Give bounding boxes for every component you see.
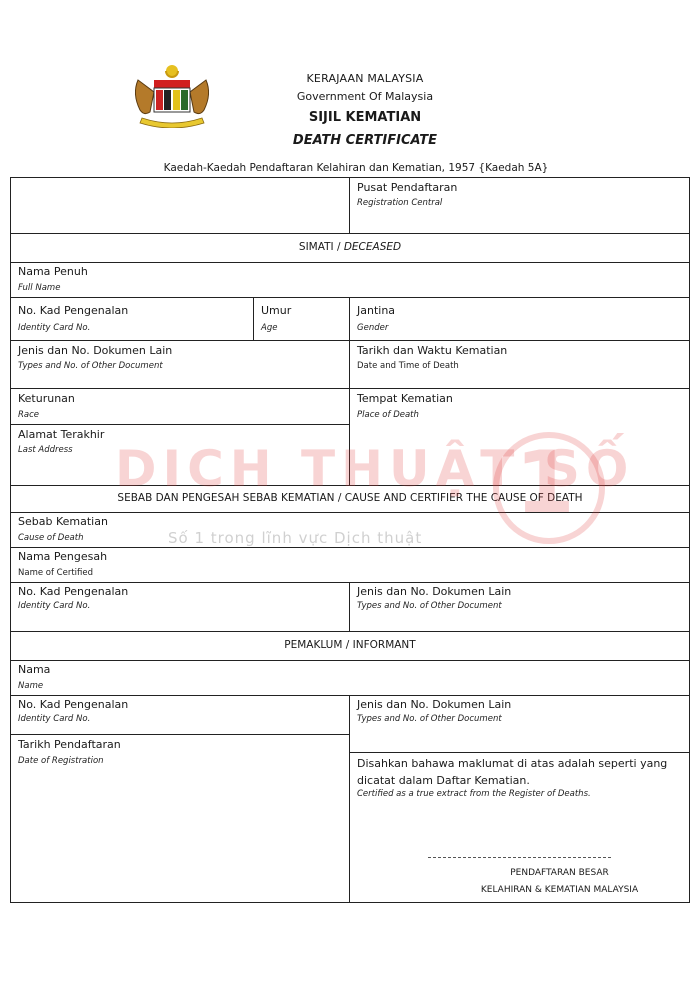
date-time-of-death-field[interactable]: Tarikh dan Waktu Kematian Date and Time … [349, 340, 690, 389]
certifier-other-doc-label: Jenis dan No. Dokumen Lain [357, 585, 511, 598]
informant-ic-field[interactable]: No. Kad Pengenalan Identity Card No. [10, 695, 350, 735]
gender-label: Jantina [357, 304, 395, 317]
certification-block: Disahkan bahawa maklumat di atas adalah … [349, 752, 690, 903]
signature-line [428, 857, 611, 858]
signatory-line-2: KELAHIRAN & KEMATIAN MALAYSIA [350, 885, 689, 895]
document-title-ms: SIJIL KEMATIAN [0, 110, 700, 125]
date-time-of-death-label: Tarikh dan Waktu Kematian [357, 344, 507, 357]
informant-ic-label: No. Kad Pengenalan [18, 698, 128, 711]
informant-ic-sub: Identity Card No. [18, 714, 90, 724]
registration-date-sub: Date of Registration [18, 756, 104, 766]
blank-top-left-cell [10, 177, 350, 234]
section-cause-title: SEBAB DAN PENGESAH SEBAB KEMATIAN / CAUS… [117, 492, 582, 504]
deceased-ic-field[interactable]: No. Kad Pengenalan Identity Card No. [10, 297, 254, 341]
race-sub: Race [18, 410, 39, 420]
informant-other-doc-sub: Types and No. of Other Document [357, 714, 502, 724]
certification-text-en: Certified as a true extract from the Reg… [357, 789, 591, 799]
section-informant-header: PEMAKLUM / INFORMANT [10, 631, 690, 661]
section-deceased-en: DECEASED [344, 241, 401, 253]
full-name-label: Nama Penuh [18, 265, 88, 278]
registration-centre-label: Pusat Pendaftaran [357, 181, 457, 194]
age-field[interactable]: Umur Age [253, 297, 350, 341]
certifier-other-doc-field[interactable]: Jenis dan No. Dokumen Lain Types and No.… [349, 582, 690, 632]
place-of-death-field[interactable]: Tempat Kematian Place of Death [349, 388, 690, 486]
registration-date-label: Tarikh Pendaftaran [18, 738, 121, 751]
cause-of-death-sub: Cause of Death [18, 533, 84, 543]
race-label: Keturunan [18, 392, 75, 405]
certifier-name-sub: Name of Certified [18, 568, 93, 578]
informant-name-field[interactable]: Nama Name [10, 660, 690, 696]
signatory-line-1: PENDAFTARAN BESAR [350, 868, 689, 878]
last-address-field[interactable]: Alamat Terakhir Last Address [10, 424, 350, 486]
certifier-name-label: Nama Pengesah [18, 550, 107, 563]
gender-sub: Gender [357, 323, 388, 333]
cause-of-death-label: Sebab Kematian [18, 515, 108, 528]
section-deceased-ms: SIMATI / [299, 241, 344, 253]
informant-name-sub: Name [18, 681, 43, 691]
informant-other-doc-label: Jenis dan No. Dokumen Lain [357, 698, 511, 711]
section-deceased-header: SIMATI / DECEASED [10, 233, 690, 263]
informant-name-label: Nama [18, 663, 50, 676]
deceased-other-doc-sub: Types and No. of Other Document [18, 361, 163, 371]
race-field[interactable]: Keturunan Race [10, 388, 350, 425]
last-address-label: Alamat Terakhir [18, 428, 104, 441]
section-cause-header: SEBAB DAN PENGESAH SEBAB KEMATIAN / CAUS… [10, 485, 690, 513]
certifier-ic-field[interactable]: No. Kad Pengenalan Identity Card No. [10, 582, 350, 632]
certifier-ic-label: No. Kad Pengenalan [18, 585, 128, 598]
agency-name-ms: KERAJAAN MALAYSIA [0, 72, 700, 85]
certification-text-ms: Disahkan bahawa maklumat di atas adalah … [357, 755, 682, 789]
informant-other-doc-field[interactable]: Jenis dan No. Dokumen Lain Types and No.… [349, 695, 690, 753]
date-time-of-death-sub: Date and Time of Death [357, 361, 459, 371]
registration-date-field[interactable]: Tarikh Pendaftaran Date of Registration [10, 734, 350, 903]
regulation-reference: Kaedah-Kaedah Pendaftaran Kelahiran dan … [0, 162, 700, 174]
deceased-ic-sub: Identity Card No. [18, 323, 90, 333]
registration-centre-field[interactable]: Pusat Pendaftaran Registration Central [349, 177, 690, 234]
full-name-field[interactable]: Nama Penuh Full Name [10, 262, 690, 298]
full-name-sub: Full Name [18, 283, 60, 293]
document-title-en: DEATH CERTIFICATE [0, 133, 700, 148]
section-informant-title: PEMAKLUM / INFORMANT [284, 639, 415, 651]
deceased-other-doc-label: Jenis dan No. Dokumen Lain [18, 344, 172, 357]
deceased-ic-label: No. Kad Pengenalan [18, 304, 128, 317]
last-address-sub: Last Address [18, 445, 73, 455]
registration-centre-sub: Registration Central [357, 198, 442, 208]
gender-field[interactable]: Jantina Gender [349, 297, 690, 341]
place-of-death-sub: Place of Death [357, 410, 419, 420]
certifier-name-field[interactable]: Nama Pengesah Name of Certified [10, 547, 690, 583]
place-of-death-label: Tempat Kematian [357, 392, 453, 405]
agency-name-en: Government Of Malaysia [0, 90, 700, 103]
cause-of-death-field[interactable]: Sebab Kematian Cause of Death [10, 512, 690, 548]
age-label: Umur [261, 304, 291, 317]
age-sub: Age [261, 323, 277, 333]
certifier-ic-sub: Identity Card No. [18, 601, 90, 611]
certifier-other-doc-sub: Types and No. of Other Document [357, 601, 502, 611]
deceased-other-doc-field[interactable]: Jenis dan No. Dokumen Lain Types and No.… [10, 340, 350, 389]
